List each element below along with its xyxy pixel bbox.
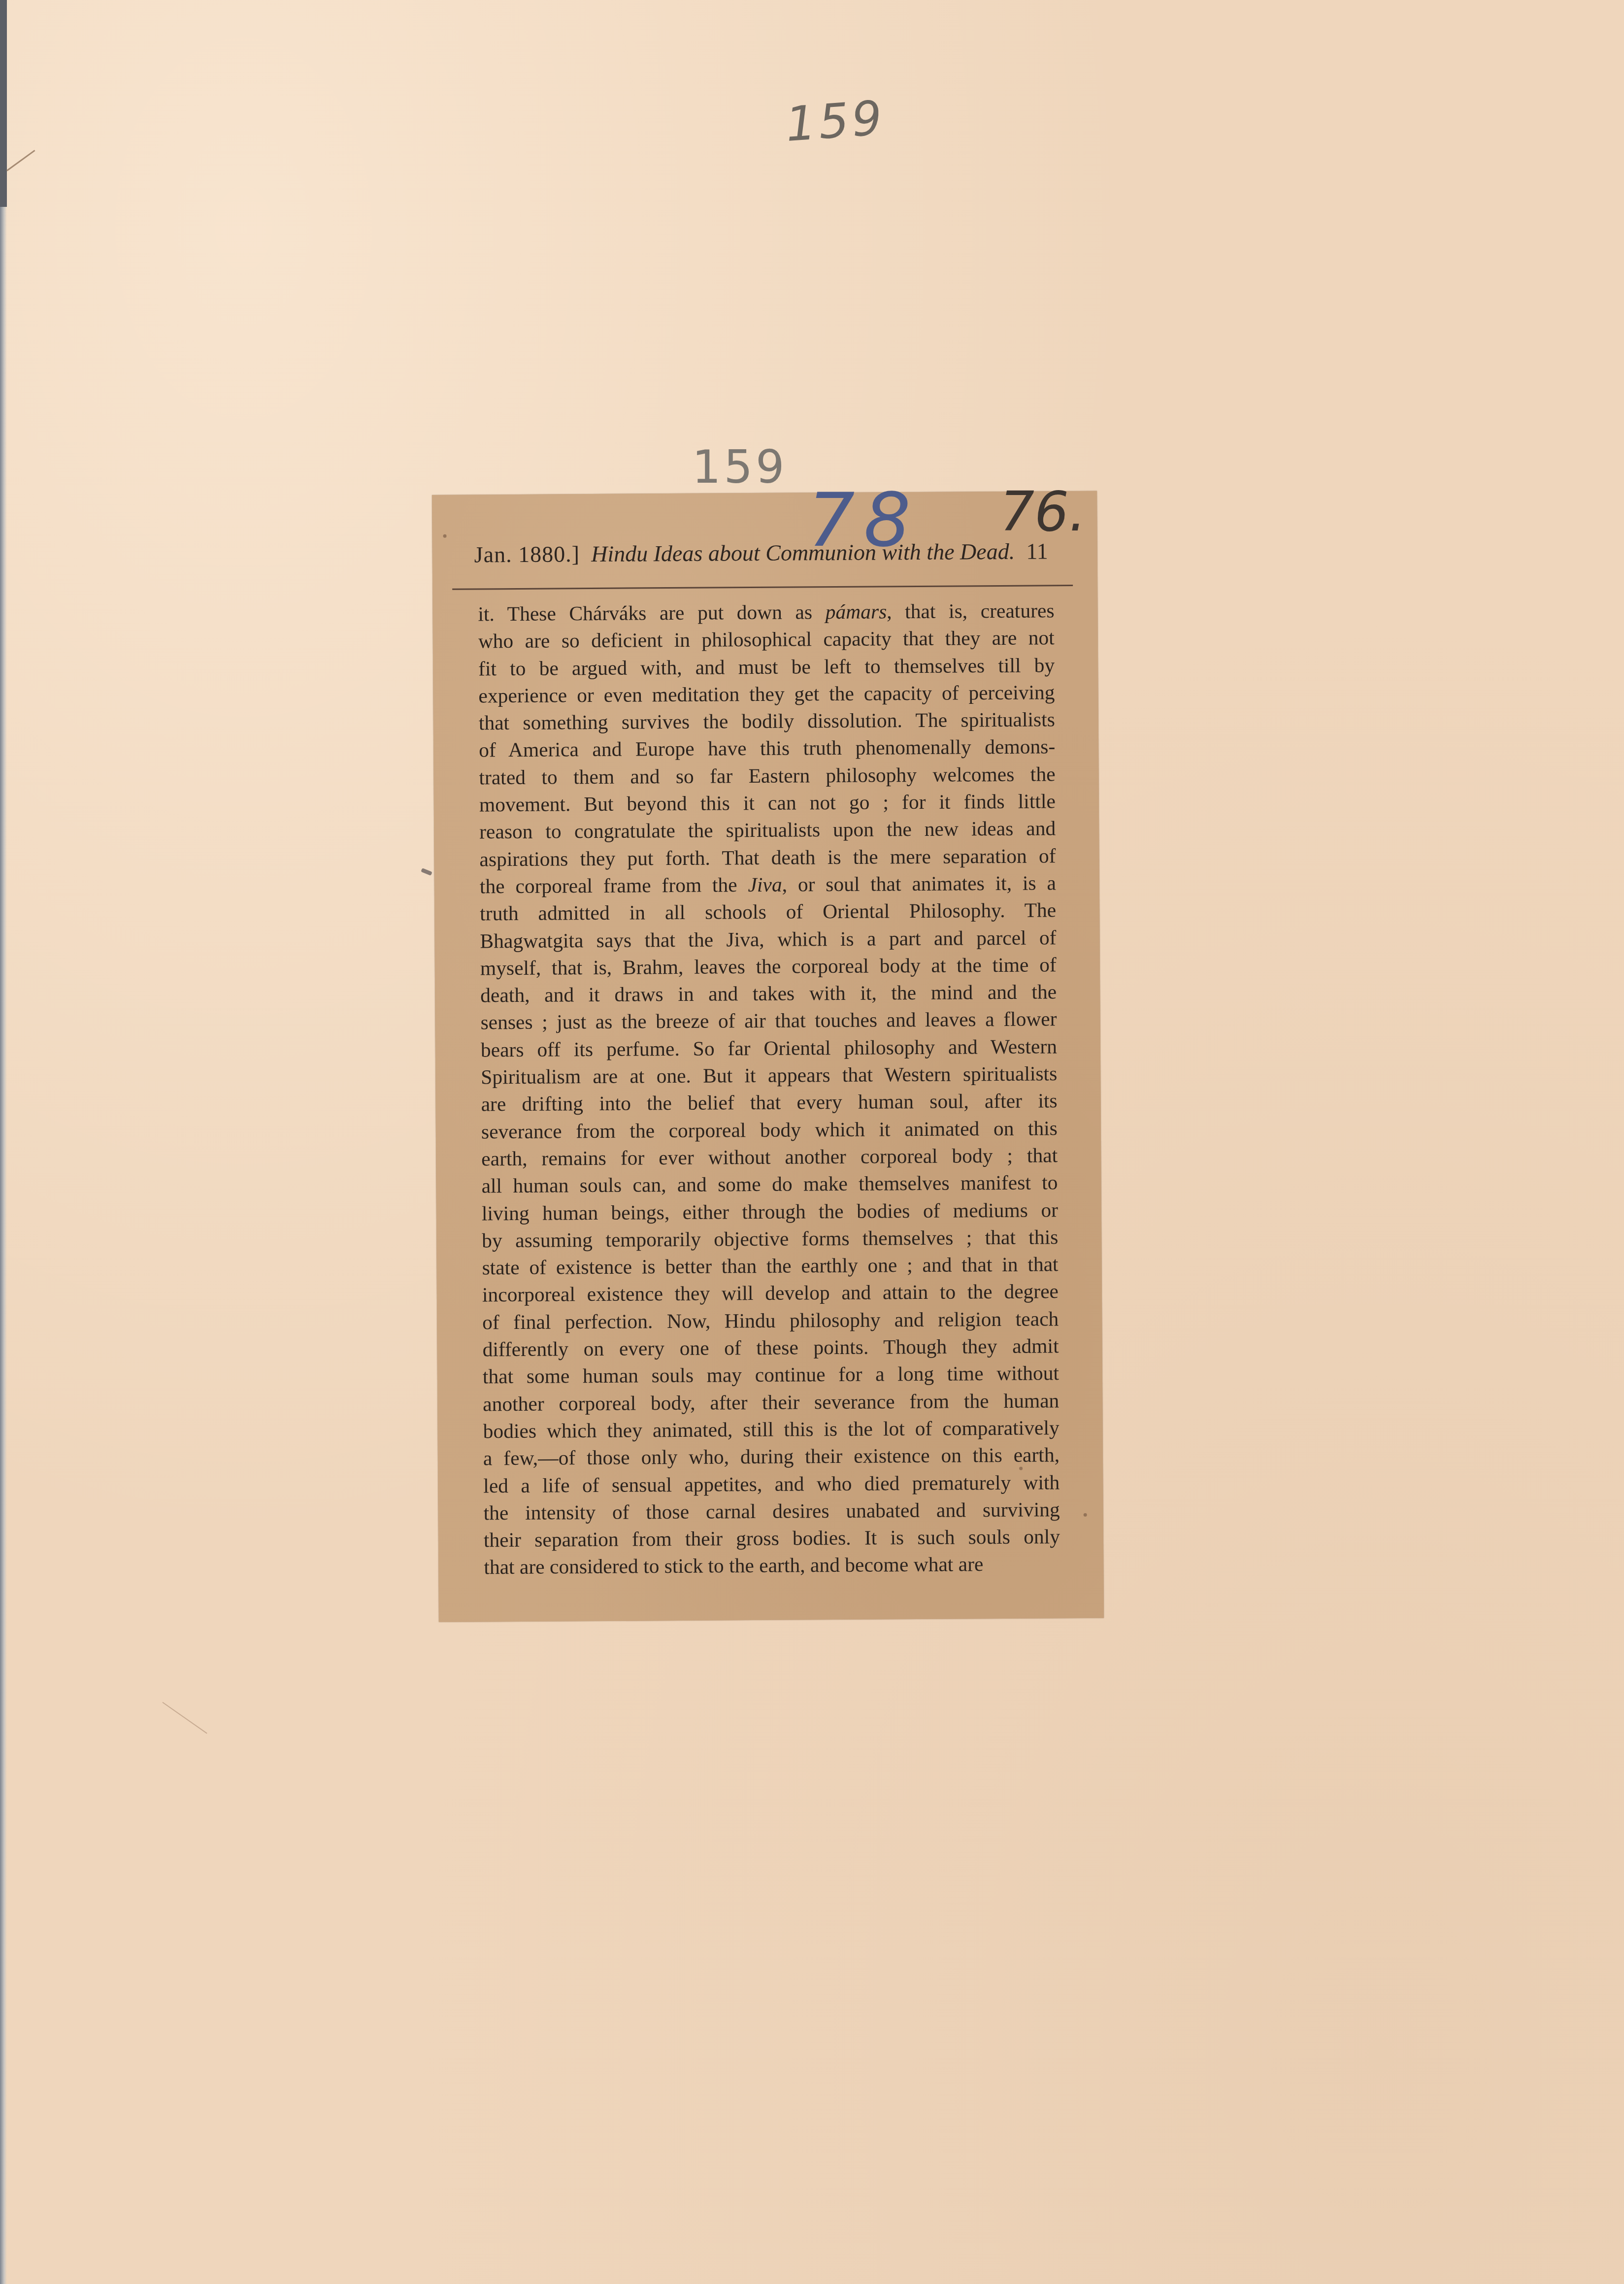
ink-annotation-blue: 78: [808, 478, 920, 563]
article-body: it. These Chárváks are put down as pámar…: [478, 597, 1060, 1581]
text-line: by assuming temporarily objective forms …: [482, 1224, 1058, 1254]
text-line: aspirations they put forth. That death i…: [479, 842, 1056, 873]
pencil-mark: [421, 868, 432, 876]
text-line: bears off its perfume. So far Oriental p…: [481, 1033, 1057, 1063]
text-line: the intensity of those carnal desires un…: [483, 1496, 1060, 1526]
text-line: trated to them and so far Eastern philos…: [479, 761, 1055, 791]
newspaper-clipping: Jan. 1880.] Hindu Ideas about Communion …: [432, 491, 1104, 1622]
text-line: senses ; just as the breeze of air that …: [480, 1006, 1057, 1036]
text-line: Spiritualism are at one. But it appears …: [481, 1060, 1057, 1091]
text-line: it. These Chárváks are put down as pámar…: [478, 597, 1054, 628]
text-line: another corporeal body, after their seve…: [483, 1387, 1059, 1418]
text-line: bodies which they animated, still this i…: [483, 1414, 1059, 1445]
text-line: earth, remains for ever without another …: [481, 1142, 1058, 1172]
text-line: led a life of sensual appetites, and who…: [483, 1469, 1060, 1499]
text-line: that some human souls may continue for a…: [483, 1360, 1059, 1390]
pencil-clipping-number: 159: [692, 441, 788, 494]
text-line: the corporeal frame from the Jiva, or so…: [480, 869, 1056, 900]
ink-annotation-black: 76.: [1000, 480, 1086, 543]
header-title: Hindu Ideas about Communion with the Dea…: [580, 538, 1027, 567]
text-line: severance from the corporeal body which …: [481, 1115, 1058, 1145]
running-header: Jan. 1880.] Hindu Ideas about Communion …: [474, 538, 1048, 567]
ink-speck: [443, 534, 446, 538]
text-line: truth admitted in all schools of Orienta…: [480, 897, 1056, 927]
text-line: a few,—of those only who, during their e…: [483, 1441, 1060, 1472]
scan-binding-shadow: [0, 0, 7, 207]
ink-speck: [1019, 1467, 1023, 1470]
text-line: movement. But beyond this it can not go …: [479, 788, 1056, 818]
text-line: death, and it draws in and takes with it…: [480, 978, 1057, 1009]
scan-left-edge: [0, 0, 7, 2284]
pencil-folio-number: 159: [784, 90, 887, 152]
text-line: differently on every one of these points…: [482, 1332, 1059, 1363]
text-line: myself, that is, Brahm, leaves the corpo…: [480, 951, 1057, 982]
text-line: incorporeal existence they will develop …: [482, 1278, 1059, 1309]
text-line: who are so deficient in philosophical ca…: [478, 625, 1055, 655]
ink-speck: [1084, 1513, 1087, 1517]
text-line: fit to be argued with, and must be left …: [478, 652, 1055, 682]
text-line: reason to congratulate the spiritualists…: [479, 815, 1056, 846]
paper-tear: [6, 150, 35, 171]
text-line: are drifting into the belief that every …: [481, 1088, 1057, 1118]
text-line: of final perfection. Now, Hindu philosop…: [482, 1305, 1059, 1336]
text-line: experience or even meditation they get t…: [478, 679, 1055, 709]
text-line: living human beings, either through the …: [482, 1196, 1058, 1227]
paper-crease: [162, 1702, 207, 1734]
header-rule: [452, 585, 1073, 590]
text-line: state of existence is better than the ea…: [482, 1251, 1058, 1281]
text-line: their separation from their gross bodies…: [484, 1523, 1060, 1554]
text-line: that are considered to stick to the eart…: [484, 1551, 1060, 1581]
text-line: that something survives the bodily disso…: [479, 706, 1055, 736]
header-date: Jan. 1880.]: [474, 541, 580, 567]
text-line: of America and Europe have this truth ph…: [479, 733, 1055, 764]
text-line: all human souls can, and some do make th…: [481, 1169, 1058, 1199]
text-line: Bhagwatgita says that the Jiva, which is…: [480, 924, 1056, 955]
